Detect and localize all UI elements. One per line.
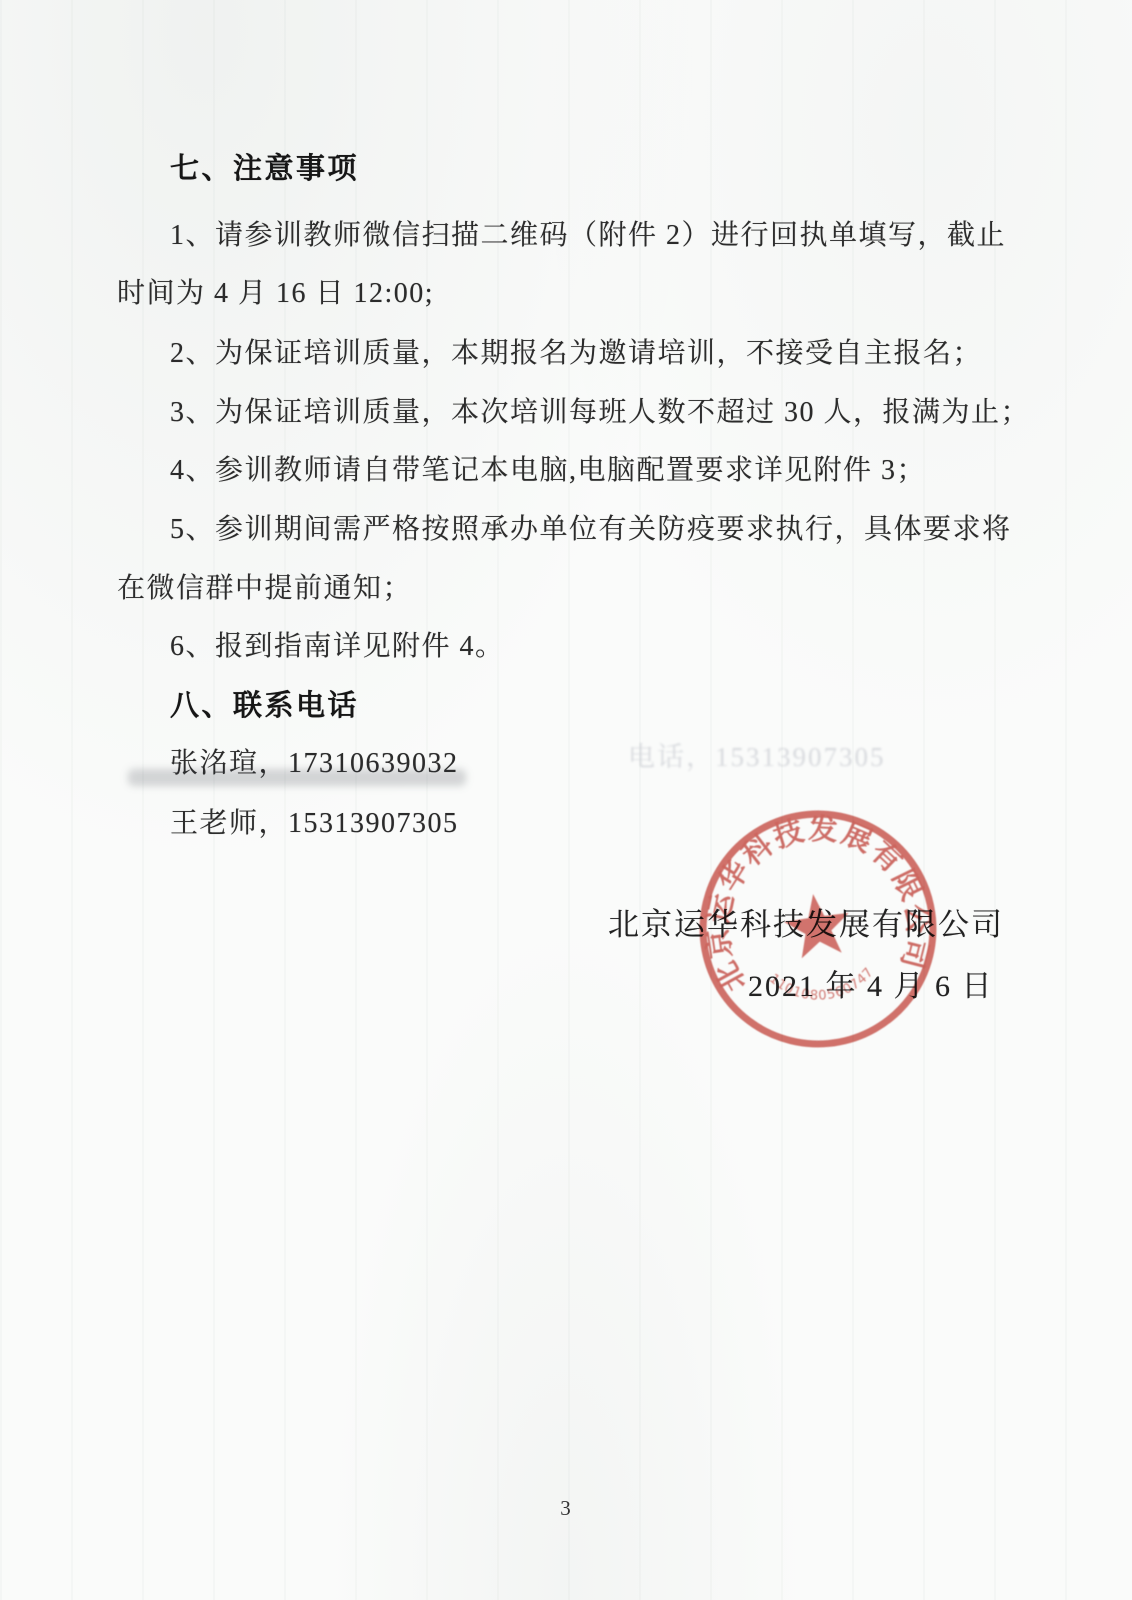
seal-serial-number: 1101080560747 <box>765 957 880 1011</box>
bleed-through-smudge <box>128 769 466 786</box>
note-item-5-line-1: 5、参训期间需严格按照承办单位有关防疫要求执行，具体要求将 <box>170 507 1012 547</box>
note-item-2: 2、为保证培训质量，本期报名为邀请培训，不接受自主报名； <box>170 331 982 371</box>
svg-text:1101080560747: 1101080560747 <box>765 957 880 1011</box>
company-seal-icon: 北京运华科技发展有限公司 1101080560747 <box>676 787 961 1072</box>
section7-heading: 七、注意事项 <box>170 146 359 187</box>
scanned-document-page: 七、注意事项 1、请参训教师微信扫描二维码（附件 2）进行回执单填写，截止 时间… <box>0 0 1132 1600</box>
company-seal-stamp: 北京运华科技发展有限公司 1101080560747 <box>676 787 961 1072</box>
contact-line-2: 王老师，15313907305 <box>170 801 459 841</box>
note-item-5-line-2: 在微信群中提前通知； <box>117 566 412 606</box>
note-item-1-line-2: 时间为 4 月 16 日 12:00; <box>117 271 434 311</box>
page-number: 3 <box>0 1496 1132 1521</box>
note-item-4: 4、参训教师请自带笔记本电脑,电脑配置要求详见附件 3； <box>170 448 926 488</box>
section8-heading: 八、联系电话 <box>170 683 359 724</box>
bleed-through-text: 电话，15313907305 <box>628 735 886 774</box>
seal-star-icon <box>781 890 854 960</box>
note-item-3: 3、为保证培训质量，本次培训每班人数不超过 30 人，报满为止； <box>170 390 1030 430</box>
note-item-6: 6、报到指南详见附件 4。 <box>170 624 505 664</box>
note-item-1-line-1: 1、请参训教师微信扫描二维码（附件 2）进行回执单填写，截止 <box>170 213 1006 253</box>
